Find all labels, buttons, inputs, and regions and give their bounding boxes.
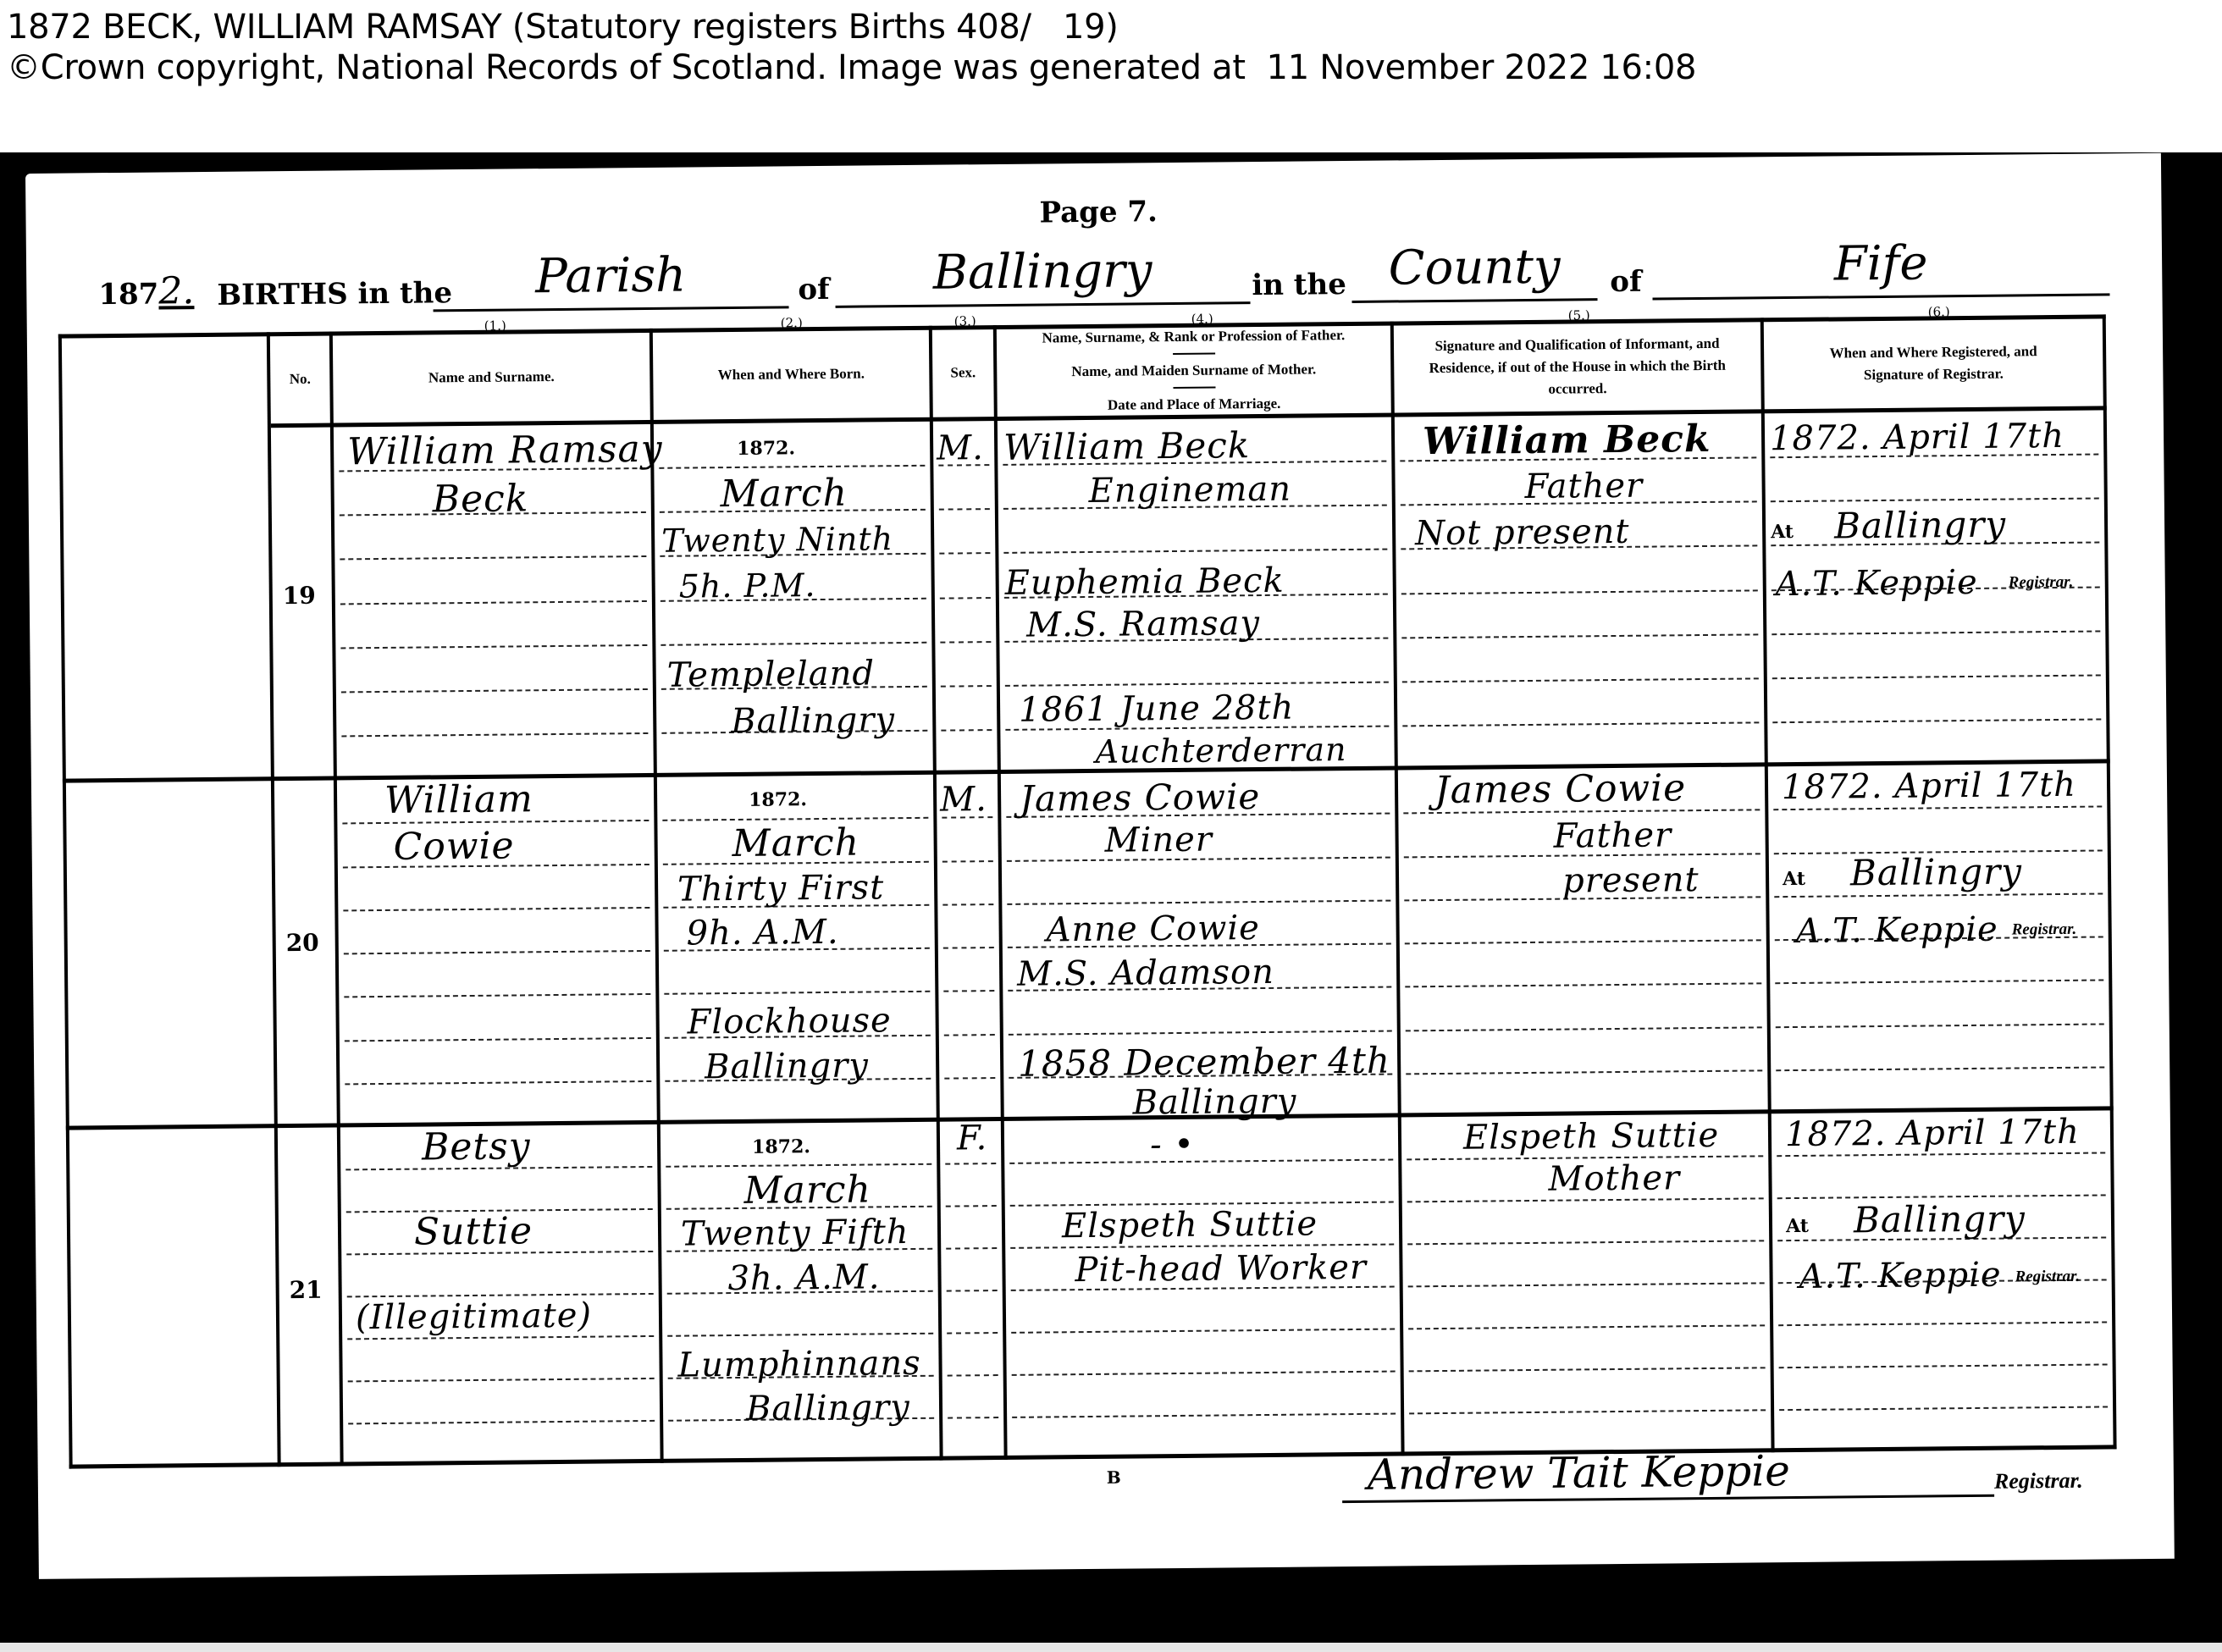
ruled-line [1401,633,1758,638]
marriage-place: Ballingry [1132,1080,1296,1124]
ruled-line [348,1378,655,1382]
ruled-line [1772,718,2101,723]
ruled-line [1005,682,1389,687]
entry-number: 21 [290,1276,323,1304]
ruled-line [1011,1329,1395,1334]
county-field: Fife [1652,236,2110,300]
registrar-label: Registrar. [2009,573,2074,593]
ruled-line [940,641,991,644]
ruled-line [940,597,991,599]
ruled-line [1401,589,1758,594]
bottom-margin [0,1643,2222,1652]
registration-place: Ballingry [1854,1197,2026,1241]
header-separator [1173,353,1215,355]
ruled-line [1012,1413,1396,1418]
district-type-field: Parish [433,249,789,312]
mother-maiden-surname: M.S. Adamson [1017,951,1274,996]
header-born: When and Where Born. [653,331,930,418]
ruled-line [939,508,990,511]
mother-maiden-surname: M.S. Ramsay [1026,602,1260,647]
column-rule [58,334,73,1469]
ruled-line [340,644,647,649]
ruled-line [1408,1282,1765,1287]
ruled-line [1776,1066,2104,1071]
child-legitimacy: (Illegitimate) [356,1295,593,1340]
registrar-signature: A.T. Keppie [1795,909,1998,953]
ruled-line [1776,1023,2104,1028]
birth-year: 1872. [752,1135,810,1158]
parish-field: Ballingry [835,245,1251,308]
mother-name: Anne Cowie [1046,907,1260,951]
ruled-line [345,1037,651,1041]
ruled-line [942,860,993,863]
father-rank: Miner [1104,819,1213,862]
ruled-line [946,1247,997,1250]
ruled-line [943,947,994,949]
sex-value: M. [937,427,984,470]
father-name: James Cowie [1020,776,1261,820]
header-informant: Signature and Qualification of Informant… [1394,323,1761,411]
ruled-line [1779,1406,2108,1411]
birth-place: Lumphinnans [677,1342,921,1387]
child-name: William Ramsay [347,428,663,474]
registered-at-label: At [1786,1215,1809,1237]
registration-date: 1872. April 17th [1785,1111,2080,1156]
header-marriage: Date and Place of Marriage. [1108,393,1281,417]
ruled-line [943,990,994,992]
register-page: Page 7. 1872. BIRTHS in the Parish of Ba… [25,153,2175,1579]
informant-residence: present [1562,859,1700,903]
header-name: Name and Surname. [333,334,650,422]
record-title: 1872 BECK, WILLIAM RAMSAY (Statutory reg… [7,7,1119,47]
ruled-line [1402,677,1759,682]
heading-of-label: of [798,273,830,307]
registrar-label: Registrar. [2012,920,2077,940]
ruled-line [1009,1159,1393,1164]
ruled-line [1772,631,2100,636]
birth-parish: Ballingry [746,1386,910,1430]
entry-number: 19 [283,582,316,610]
ruled-line [1009,1030,1392,1036]
header-parents: Name, Surname, & Rank or Profession of F… [997,327,1391,415]
ruled-line [948,1374,998,1377]
birth-day: Thirty First [677,866,884,910]
ruled-line [341,732,648,737]
ruled-line [667,1333,933,1337]
birth-parish: Ballingry [705,1044,869,1088]
registration-place: Ballingry [1850,850,2022,894]
registered-at-label: At [1771,521,1794,543]
informant-qualification: Father [1553,814,1672,857]
ruled-line [1007,900,1390,905]
ruled-line [1778,1321,2107,1326]
ruled-line [947,1290,998,1292]
header-mother: Name, and Maiden Surname of Mother. [1071,358,1316,383]
birth-day: Twenty Ninth [661,517,893,562]
father-name: - • [1150,1124,1195,1167]
ruled-line [1405,982,1761,987]
registration-place: Ballingry [1834,504,2006,548]
registered-at-label: At [1783,868,1805,890]
mother-maiden-surname: Pit-head Worker [1075,1246,1367,1291]
birth-time: 9h. A.M. [686,911,838,955]
ruled-line [944,1077,995,1080]
ruled-line [341,688,648,693]
header-sex: Sex. [932,330,994,416]
ruled-line [661,642,926,646]
ruled-line [1405,939,1761,944]
ruled-line [1779,1363,2108,1368]
ruled-line [662,817,928,821]
header-separator [1173,387,1215,389]
heading-of-label-2: of [1610,265,1642,299]
ruled-line [947,1332,998,1334]
ruled-line [345,1080,651,1085]
informant-name: James Cowie [1434,767,1687,812]
ruled-line [1012,1371,1396,1376]
registrar-signature: A.T. Keppie [1799,1254,2001,1298]
ruled-line [1409,1367,1766,1372]
birth-place: Flockhouse [687,999,892,1043]
ruled-line [340,600,647,605]
copyright-notice: ©Crown copyright, National Records of Sc… [7,47,1696,88]
ruled-line [946,1205,997,1207]
ruled-line [666,1163,931,1168]
birth-year: 1872. [749,788,807,811]
father-name: William Beck [1003,424,1251,469]
ruled-line [1408,1324,1765,1329]
birth-time: 5h. P.M. [678,564,815,608]
header-no: No. [270,337,330,423]
marriage-date: 1858 December 4th [1018,1040,1390,1086]
register-heading: 1872. BIRTHS in the Parish of Ballingry … [98,238,2114,325]
marriage-place: Auchterderran [1095,728,1346,773]
heading-year: 1872. [98,269,194,313]
ruled-line [343,907,649,911]
informant-qualification: Mother [1548,1157,1680,1200]
mother-name: Euphemia Beck [1004,560,1284,605]
header-registered: When and Where Registered, and Signature… [1764,319,2103,407]
ruled-line [344,993,650,997]
ruled-line [1772,675,2101,680]
marriage-date: 1861 June 28th [1019,687,1295,732]
county-type-field: County [1351,241,1598,303]
father-rank: Engineman [1088,468,1291,512]
birth-time: 3h. A.M. [727,1256,880,1300]
informant-name: Elspeth Suttie [1463,1114,1720,1159]
sex-value: F. [957,1117,988,1159]
birth-parish: Ballingry [731,699,895,743]
child-name: Betsy [422,1125,531,1169]
ruled-line [1003,549,1387,554]
header-father: Name, Surname, & Rank or Profession of F… [1042,324,1345,349]
child-surname: Cowie [393,825,514,868]
sheet-letter: B [1107,1467,1121,1488]
ruled-line [1771,498,2099,503]
ruled-line [1406,1069,1762,1075]
ruled-line [1409,1409,1766,1414]
ruled-line [942,903,993,906]
ruled-line [944,1034,995,1036]
birth-year: 1872. [737,437,795,460]
entry-number: 20 [286,929,319,957]
ruled-line [939,552,990,555]
ruled-line [941,729,992,732]
birth-month: March [720,472,848,516]
registration-date: 1872. April 17th [1770,415,2064,460]
ruled-line [1775,979,2103,984]
page-number: Page 7. [1039,195,1158,229]
ruled-line [1407,1240,1764,1245]
informant-qualification: Father [1524,465,1643,508]
heading-in-the-label: in the [1252,268,1346,302]
ruled-line [340,555,646,560]
ruled-line [1402,721,1759,727]
column-rule [267,332,281,1467]
registrar-signature: A.T. Keppie [1776,561,1978,605]
ruled-line [948,1417,998,1419]
column-rule [329,332,344,1467]
registration-date: 1872. April 17th [1782,764,2076,809]
mother-name: Elspeth Suttie [1062,1202,1318,1247]
ruled-line [659,465,925,469]
birth-month: March [743,1169,871,1212]
ruled-line [945,1163,996,1165]
birth-day: Twenty Fifth [681,1211,909,1256]
ruled-line [664,991,930,995]
registrar-footer-label: Registrar. [1994,1468,2083,1495]
child-name: William [384,778,533,822]
child-surname: Suttie [414,1210,533,1253]
registrar-label: Registrar. [2015,1268,2081,1287]
registrar-footer-signature: Andrew Tait Keppie [1342,1444,1995,1503]
birth-place: Templeland [666,652,875,696]
birth-month: March [732,822,860,865]
heading-births-label: BIRTHS in the [217,276,452,312]
sex-value: M. [940,778,987,821]
ruled-line [941,685,992,688]
child-surname: Beck [432,478,528,521]
births-table: No. Name and Surname. When and Where Bor… [58,314,2117,1468]
ruled-line [1406,1026,1762,1031]
ruled-line [348,1420,655,1424]
informant-name: William Beck [1423,418,1711,463]
informant-residence: Not present [1415,511,1630,555]
ruled-line [344,950,650,954]
